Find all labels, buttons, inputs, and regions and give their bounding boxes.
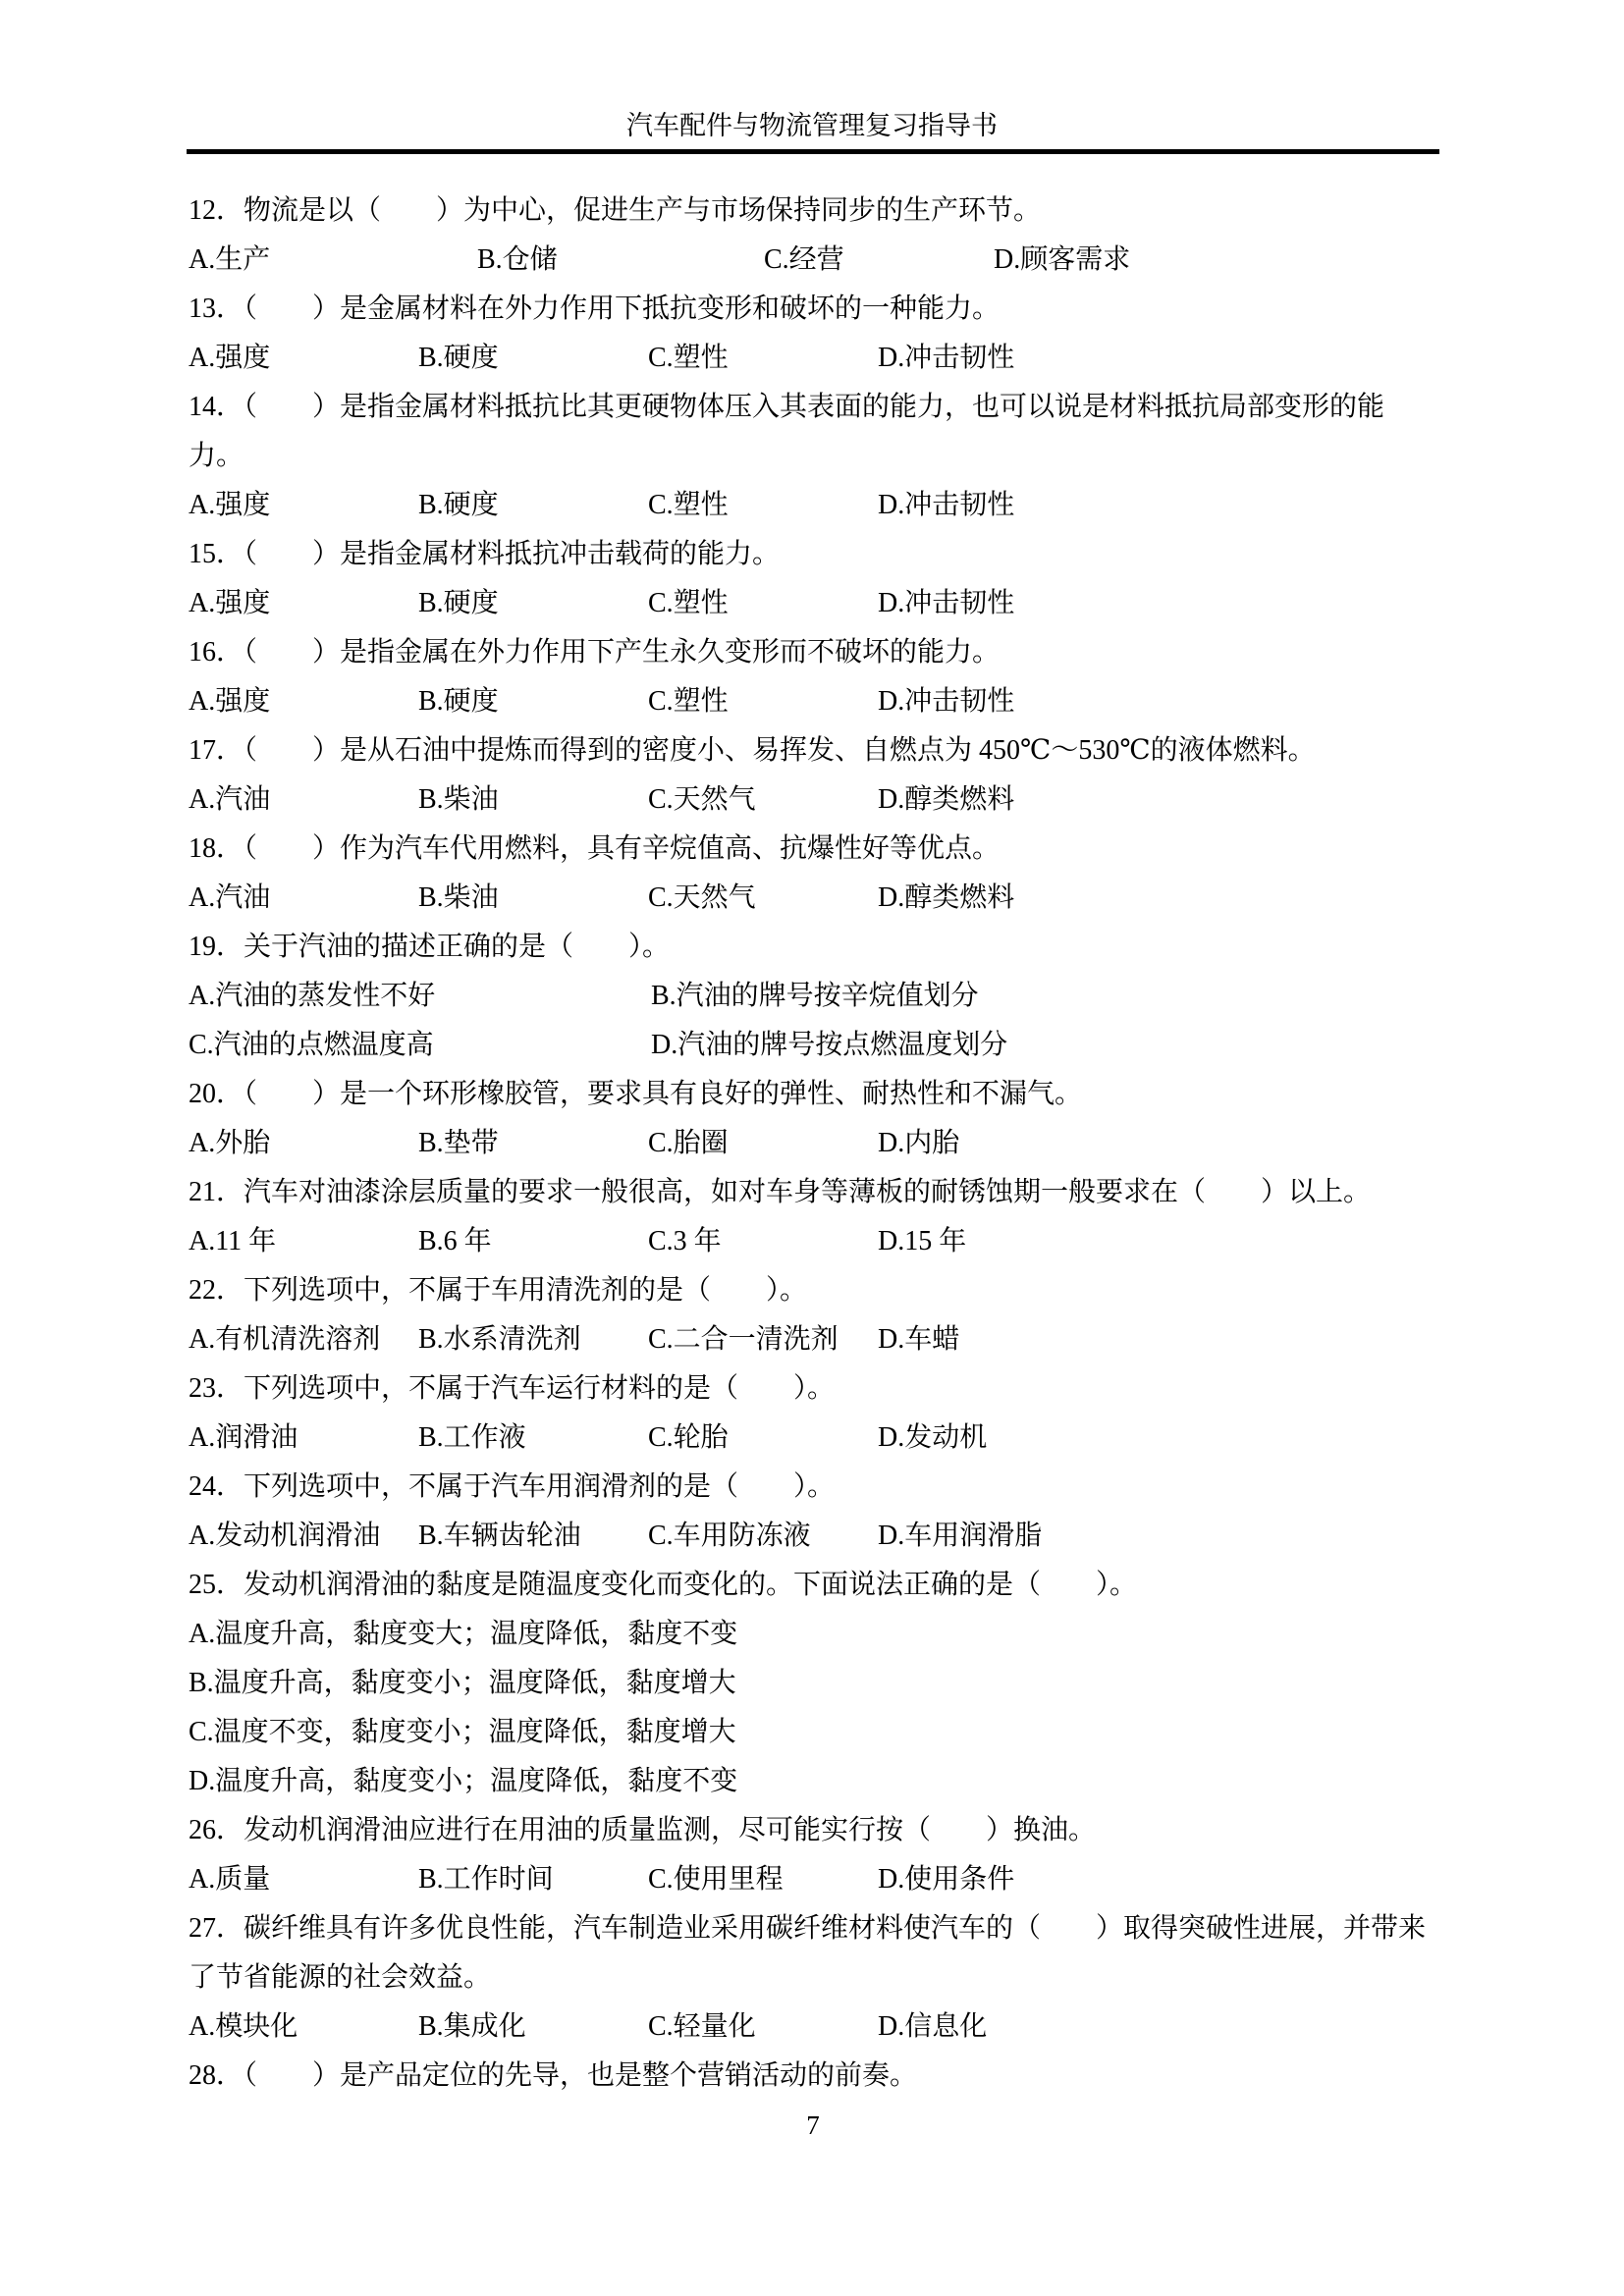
option: B.硬度: [418, 579, 648, 628]
question-stem: 12．物流是以（ ）为中心，促进生产与市场保持同步的生产环节。: [189, 187, 1437, 236]
option: C.天然气: [648, 874, 878, 923]
option: C.塑性: [648, 481, 878, 530]
document-title: 汽车配件与物流管理复习指导书: [0, 106, 1624, 145]
option: D.冲击韧性: [878, 334, 1437, 383]
option: D.使用条件: [878, 1855, 1437, 1904]
question-stem: 20．（ ）是一个环形橡胶管，要求具有良好的弹性、耐热性和不漏气。: [189, 1070, 1437, 1119]
options-row: A.汽油的蒸发性不好B.汽油的牌号按辛烷值划分: [189, 972, 1437, 1021]
options-row: A.强度B.硬度C.塑性D.冲击韧性: [189, 334, 1437, 383]
option: D.信息化: [878, 2002, 1437, 2052]
question-block: 18．（ ）作为汽车代用燃料，具有辛烷值高、抗爆性好等优点。A.汽油B.柴油C.…: [189, 825, 1437, 923]
option: B.水系清洗剂: [418, 1315, 648, 1364]
question-block: 14．（ ）是指金属材料抵抗比其更硬物体压入其表面的能力，也可以说是材料抵抗局部…: [189, 383, 1437, 530]
question-block: 23．下列选项中，不属于汽车运行材料的是（ ）。A.润滑油B.工作液C.轮胎D.…: [189, 1364, 1437, 1463]
question-stem: 28．（ ）是产品定位的先导，也是整个营销活动的前奏。: [189, 2052, 1437, 2101]
option: D.内胎: [878, 1119, 1437, 1168]
option: D.冲击韧性: [878, 579, 1437, 628]
option: B.垫带: [418, 1119, 648, 1168]
option: B.集成化: [418, 2002, 648, 2052]
option: A.质量: [189, 1855, 418, 1904]
option: B.仓储: [477, 236, 764, 285]
option: B.工作时间: [418, 1855, 648, 1904]
option: A.生产: [189, 236, 477, 285]
option: D.车用润滑脂: [878, 1512, 1437, 1561]
option: A.汽油: [189, 874, 418, 923]
question-stem: 22．下列选项中，不属于车用清洗剂的是（ ）。: [189, 1266, 1437, 1315]
question-stem: 24．下列选项中，不属于汽车用润滑剂的是（ ）。: [189, 1463, 1437, 1512]
options-row: A.质量B.工作时间C.使用里程D.使用条件: [189, 1855, 1437, 1904]
question-block: 25．发动机润滑油的黏度是随温度变化而变化的。下面说法正确的是（ ）。A.温度升…: [189, 1561, 1437, 1806]
option: B.工作液: [418, 1414, 648, 1463]
question-block: 15．（ ）是指金属材料抵抗冲击载荷的能力。A.强度B.硬度C.塑性D.冲击韧性: [189, 530, 1437, 628]
question-stem: 25．发动机润滑油的黏度是随温度变化而变化的。下面说法正确的是（ ）。: [189, 1561, 1437, 1610]
option: C.塑性: [648, 579, 878, 628]
questions-list: 12．物流是以（ ）为中心，促进生产与市场保持同步的生产环节。A.生产B.仓储C…: [189, 187, 1437, 2101]
option: A.温度升高，黏度变大；温度降低，黏度不变: [189, 1610, 1437, 1659]
option: D.汽油的牌号按点燃温度划分: [651, 1021, 1437, 1070]
options-row: A.温度升高，黏度变大；温度降低，黏度不变: [189, 1610, 1437, 1659]
options-row: A.生产B.仓储C.经营D.顾客需求: [189, 236, 1437, 285]
option: B.汽油的牌号按辛烷值划分: [651, 972, 1437, 1021]
options-row: A.发动机润滑油B.车辆齿轮油C.车用防冻液D.车用润滑脂: [189, 1512, 1437, 1561]
option: D.车蜡: [878, 1315, 1437, 1364]
question-stem: 19．关于汽油的描述正确的是（ ）。: [189, 923, 1437, 972]
option: D.15 年: [878, 1217, 1437, 1266]
options-row: C.汽油的点燃温度高D.汽油的牌号按点燃温度划分: [189, 1021, 1437, 1070]
option: B.柴油: [418, 775, 648, 825]
option: C.温度不变，黏度变小；温度降低，黏度增大: [189, 1708, 1437, 1757]
option: B.硬度: [418, 677, 648, 726]
page-content: 12．物流是以（ ）为中心，促进生产与市场保持同步的生产环节。A.生产B.仓储C…: [189, 187, 1437, 2150]
option: D.温度升高，黏度变小；温度降低，黏度不变: [189, 1757, 1437, 1806]
option: D.冲击韧性: [878, 481, 1437, 530]
options-row: A.汽油B.柴油C.天然气D.醇类燃料: [189, 775, 1437, 825]
option: A.11 年: [189, 1217, 418, 1266]
options-row: A.强度B.硬度C.塑性D.冲击韧性: [189, 579, 1437, 628]
option: C.二合一清洗剂: [648, 1315, 878, 1364]
options-row: D.温度升高，黏度变小；温度降低，黏度不变: [189, 1757, 1437, 1806]
options-row: A.润滑油B.工作液C.轮胎D.发动机: [189, 1414, 1437, 1463]
question-block: 17．（ ）是从石油中提炼而得到的密度小、易挥发、自燃点为 450℃～530℃的…: [189, 726, 1437, 825]
option: C.3 年: [648, 1217, 878, 1266]
options-row: A.11 年B.6 年C.3 年D.15 年: [189, 1217, 1437, 1266]
question-block: 21．汽车对油漆涂层质量的要求一般很高，如对车身等薄板的耐锈蚀期一般要求在（ ）…: [189, 1168, 1437, 1266]
option: C.塑性: [648, 334, 878, 383]
option: A.强度: [189, 334, 418, 383]
page-number: 7: [189, 2101, 1437, 2150]
option: A.有机清洗溶剂: [189, 1315, 418, 1364]
option: A.强度: [189, 481, 418, 530]
question-stem: 27．碳纤维具有许多优良性能，汽车制造业采用碳纤维材料使汽车的（ ）取得突破性进…: [189, 1904, 1437, 2002]
question-block: 12．物流是以（ ）为中心，促进生产与市场保持同步的生产环节。A.生产B.仓储C…: [189, 187, 1437, 285]
question-stem: 13．（ ）是金属材料在外力作用下抵抗变形和破坏的一种能力。: [189, 285, 1437, 334]
question-stem: 21．汽车对油漆涂层质量的要求一般很高，如对车身等薄板的耐锈蚀期一般要求在（ ）…: [189, 1168, 1437, 1217]
options-row: C.温度不变，黏度变小；温度降低，黏度增大: [189, 1708, 1437, 1757]
question-stem: 16．（ ）是指金属在外力作用下产生永久变形而不破坏的能力。: [189, 628, 1437, 677]
options-row: A.有机清洗溶剂B.水系清洗剂C.二合一清洗剂D.车蜡: [189, 1315, 1437, 1364]
option: B.硬度: [418, 481, 648, 530]
option: D.顾客需求: [994, 236, 1437, 285]
option: A.强度: [189, 677, 418, 726]
question-block: 16．（ ）是指金属在外力作用下产生永久变形而不破坏的能力。A.强度B.硬度C.…: [189, 628, 1437, 726]
question-stem: 26．发动机润滑油应进行在用油的质量监测，尽可能实行按（ ）换油。: [189, 1806, 1437, 1855]
option: B.柴油: [418, 874, 648, 923]
option: C.天然气: [648, 775, 878, 825]
question-block: 28．（ ）是产品定位的先导，也是整个营销活动的前奏。: [189, 2052, 1437, 2101]
option: A.发动机润滑油: [189, 1512, 418, 1561]
question-block: 19．关于汽油的描述正确的是（ ）。A.汽油的蒸发性不好B.汽油的牌号按辛烷值划…: [189, 923, 1437, 1070]
options-row: A.外胎B.垫带C.胎圈D.内胎: [189, 1119, 1437, 1168]
option: C.塑性: [648, 677, 878, 726]
option: C.经营: [764, 236, 994, 285]
options-row: A.模块化B.集成化C.轻量化D.信息化: [189, 2002, 1437, 2052]
option: D.醇类燃料: [878, 874, 1437, 923]
option: C.轻量化: [648, 2002, 878, 2052]
options-row: B.温度升高，黏度变小；温度降低，黏度增大: [189, 1659, 1437, 1708]
question-stem: 14．（ ）是指金属材料抵抗比其更硬物体压入其表面的能力，也可以说是材料抵抗局部…: [189, 383, 1437, 481]
question-stem: 23．下列选项中，不属于汽车运行材料的是（ ）。: [189, 1364, 1437, 1414]
option: C.汽油的点燃温度高: [189, 1021, 651, 1070]
option: B.温度升高，黏度变小；温度降低，黏度增大: [189, 1659, 1437, 1708]
option: C.车用防冻液: [648, 1512, 878, 1561]
options-row: A.强度B.硬度C.塑性D.冲击韧性: [189, 677, 1437, 726]
option: D.冲击韧性: [878, 677, 1437, 726]
question-block: 20．（ ）是一个环形橡胶管，要求具有良好的弹性、耐热性和不漏气。A.外胎B.垫…: [189, 1070, 1437, 1168]
question-block: 26．发动机润滑油应进行在用油的质量监测，尽可能实行按（ ）换油。A.质量B.工…: [189, 1806, 1437, 1904]
option: B.硬度: [418, 334, 648, 383]
option: A.汽油: [189, 775, 418, 825]
options-row: A.强度B.硬度C.塑性D.冲击韧性: [189, 481, 1437, 530]
option: B.6 年: [418, 1217, 648, 1266]
question-stem: 15．（ ）是指金属材料抵抗冲击载荷的能力。: [189, 530, 1437, 579]
option: C.使用里程: [648, 1855, 878, 1904]
option: A.模块化: [189, 2002, 418, 2052]
option: A.润滑油: [189, 1414, 418, 1463]
option: D.醇类燃料: [878, 775, 1437, 825]
option: C.轮胎: [648, 1414, 878, 1463]
question-block: 24．下列选项中，不属于汽车用润滑剂的是（ ）。A.发动机润滑油B.车辆齿轮油C…: [189, 1463, 1437, 1561]
option: D.发动机: [878, 1414, 1437, 1463]
option: A.外胎: [189, 1119, 418, 1168]
option: A.强度: [189, 579, 418, 628]
header-divider: [187, 149, 1439, 154]
options-row: A.汽油B.柴油C.天然气D.醇类燃料: [189, 874, 1437, 923]
option: A.汽油的蒸发性不好: [189, 972, 651, 1021]
option: C.胎圈: [648, 1119, 878, 1168]
option: B.车辆齿轮油: [418, 1512, 648, 1561]
question-stem: 17．（ ）是从石油中提炼而得到的密度小、易挥发、自燃点为 450℃～530℃的…: [189, 726, 1437, 775]
question-block: 22．下列选项中，不属于车用清洗剂的是（ ）。A.有机清洗溶剂B.水系清洗剂C.…: [189, 1266, 1437, 1364]
question-block: 13．（ ）是金属材料在外力作用下抵抗变形和破坏的一种能力。A.强度B.硬度C.…: [189, 285, 1437, 383]
document-page: 汽车配件与物流管理复习指导书 12．物流是以（ ）为中心，促进生产与市场保持同步…: [0, 0, 1624, 2296]
question-block: 27．碳纤维具有许多优良性能，汽车制造业采用碳纤维材料使汽车的（ ）取得突破性进…: [189, 1904, 1437, 2052]
question-stem: 18．（ ）作为汽车代用燃料，具有辛烷值高、抗爆性好等优点。: [189, 825, 1437, 874]
